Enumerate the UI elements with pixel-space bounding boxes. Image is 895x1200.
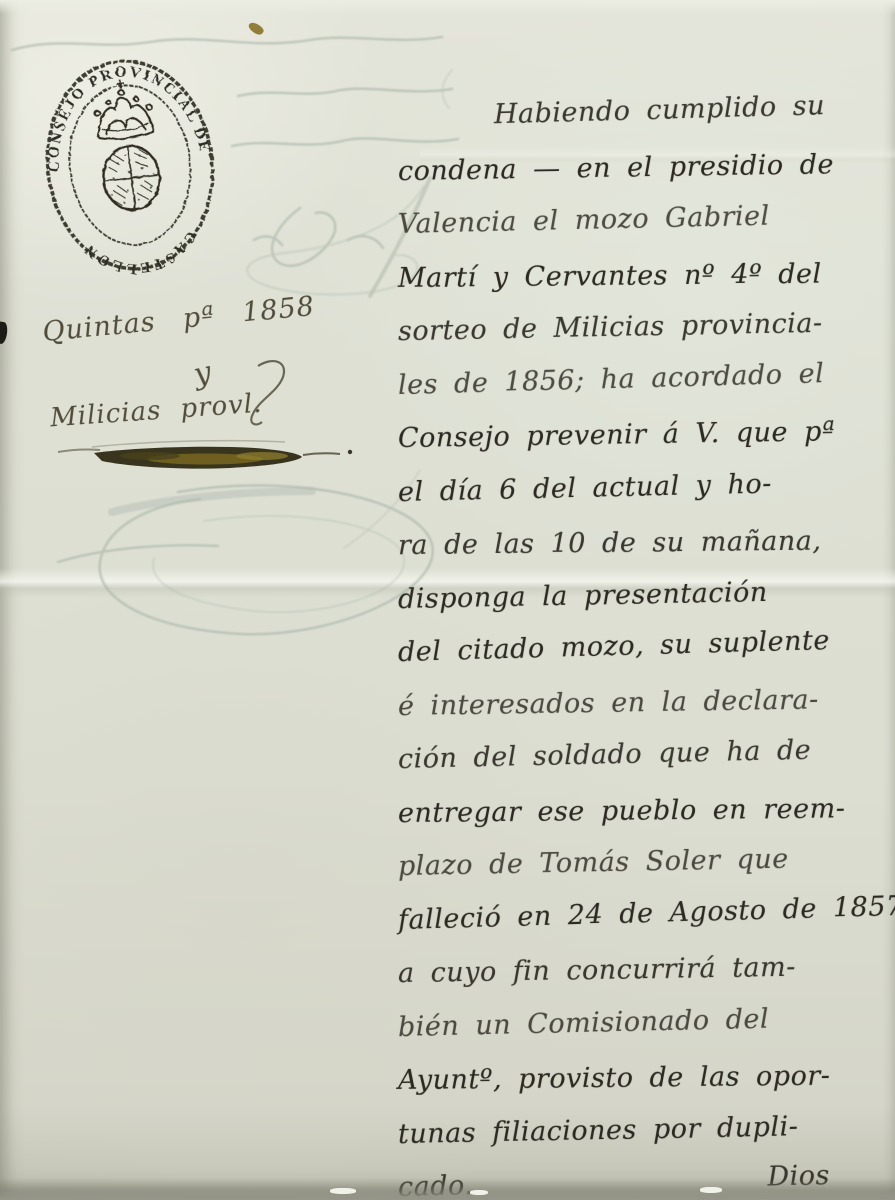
manuscript-line: Martí y Cervantes nº 4º del [398,257,893,293]
manuscript-line: ra de las 10 de su mañana, [398,525,893,561]
bottom-edge-highlight [470,1190,488,1195]
bottom-edge-highlight [700,1187,722,1193]
scanned-letter-page: CONSEJO PROVINCIAL DE CASTELLON [0,0,895,1200]
manuscript-line: Ayuntº, provisto de las opor- [398,1060,893,1096]
paper-bottom-edge [0,1178,895,1200]
manuscript-line: entregar ese pueblo en reem- [398,792,893,828]
bottom-edge-highlight [330,1188,356,1194]
